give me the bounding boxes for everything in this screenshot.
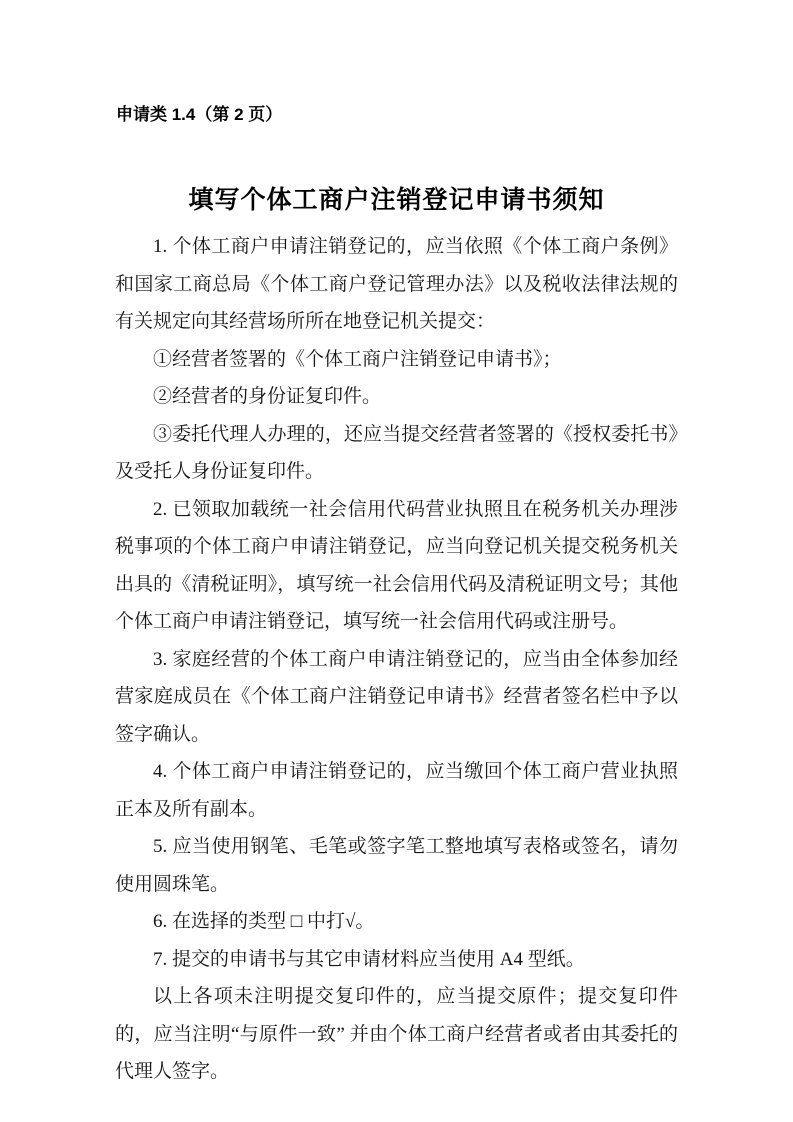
- notice-paragraph-4: 4. 个体工商户申请注销登记的，应当缴回个体工商户营业执照正本及所有副本。: [115, 753, 678, 828]
- form-type-label: 申请类 1.4（第 2 页）: [116, 100, 282, 125]
- notice-closing-paragraph: 以上各项未注明提交复印件的，应当提交原件；提交复印件的，应当注明“与原件一致” …: [115, 978, 678, 1091]
- document-page: 申请类 1.4（第 2 页） 填写个体工商户注销登记申请书须知 1. 个体工商户…: [0, 0, 793, 1122]
- notice-item-circled-3: ③委托代理人办理的，还应当提交经营者签署的《授权委托书》及受托人身份证复印件。: [115, 416, 678, 491]
- notice-paragraph-3: 3. 家庭经营的个体工商户申请注销登记的，应当由全体参加经营家庭成员在《个体工商…: [115, 641, 678, 754]
- notice-paragraph-5: 5. 应当使用钢笔、毛笔或签字笔工整地填写表格或签名，请勿使用圆珠笔。: [115, 828, 678, 903]
- notice-paragraph-7: 7. 提交的申请书与其它申请材料应当使用 A4 型纸。: [115, 941, 678, 979]
- notice-body: 1. 个体工商户申请注销登记的，应当依照《个体工商户条例》和国家工商总局《个体工…: [115, 228, 678, 1091]
- notice-paragraph-2: 2. 已领取加载统一社会信用代码营业执照且在税务机关办理涉税事项的个体工商户申请…: [115, 491, 678, 641]
- notice-item-circled-2: ②经营者的身份证复印件。: [115, 378, 678, 416]
- page-title: 填写个体工商户注销登记申请书须知: [0, 180, 793, 216]
- notice-item-circled-1: ①经营者签署的《个体工商户注销登记申请书》；: [115, 341, 678, 379]
- notice-paragraph-1: 1. 个体工商户申请注销登记的，应当依照《个体工商户条例》和国家工商总局《个体工…: [115, 228, 678, 341]
- notice-paragraph-6-checkbox-instruction: 6. 在选择的类型 □ 中打√。: [115, 903, 678, 941]
